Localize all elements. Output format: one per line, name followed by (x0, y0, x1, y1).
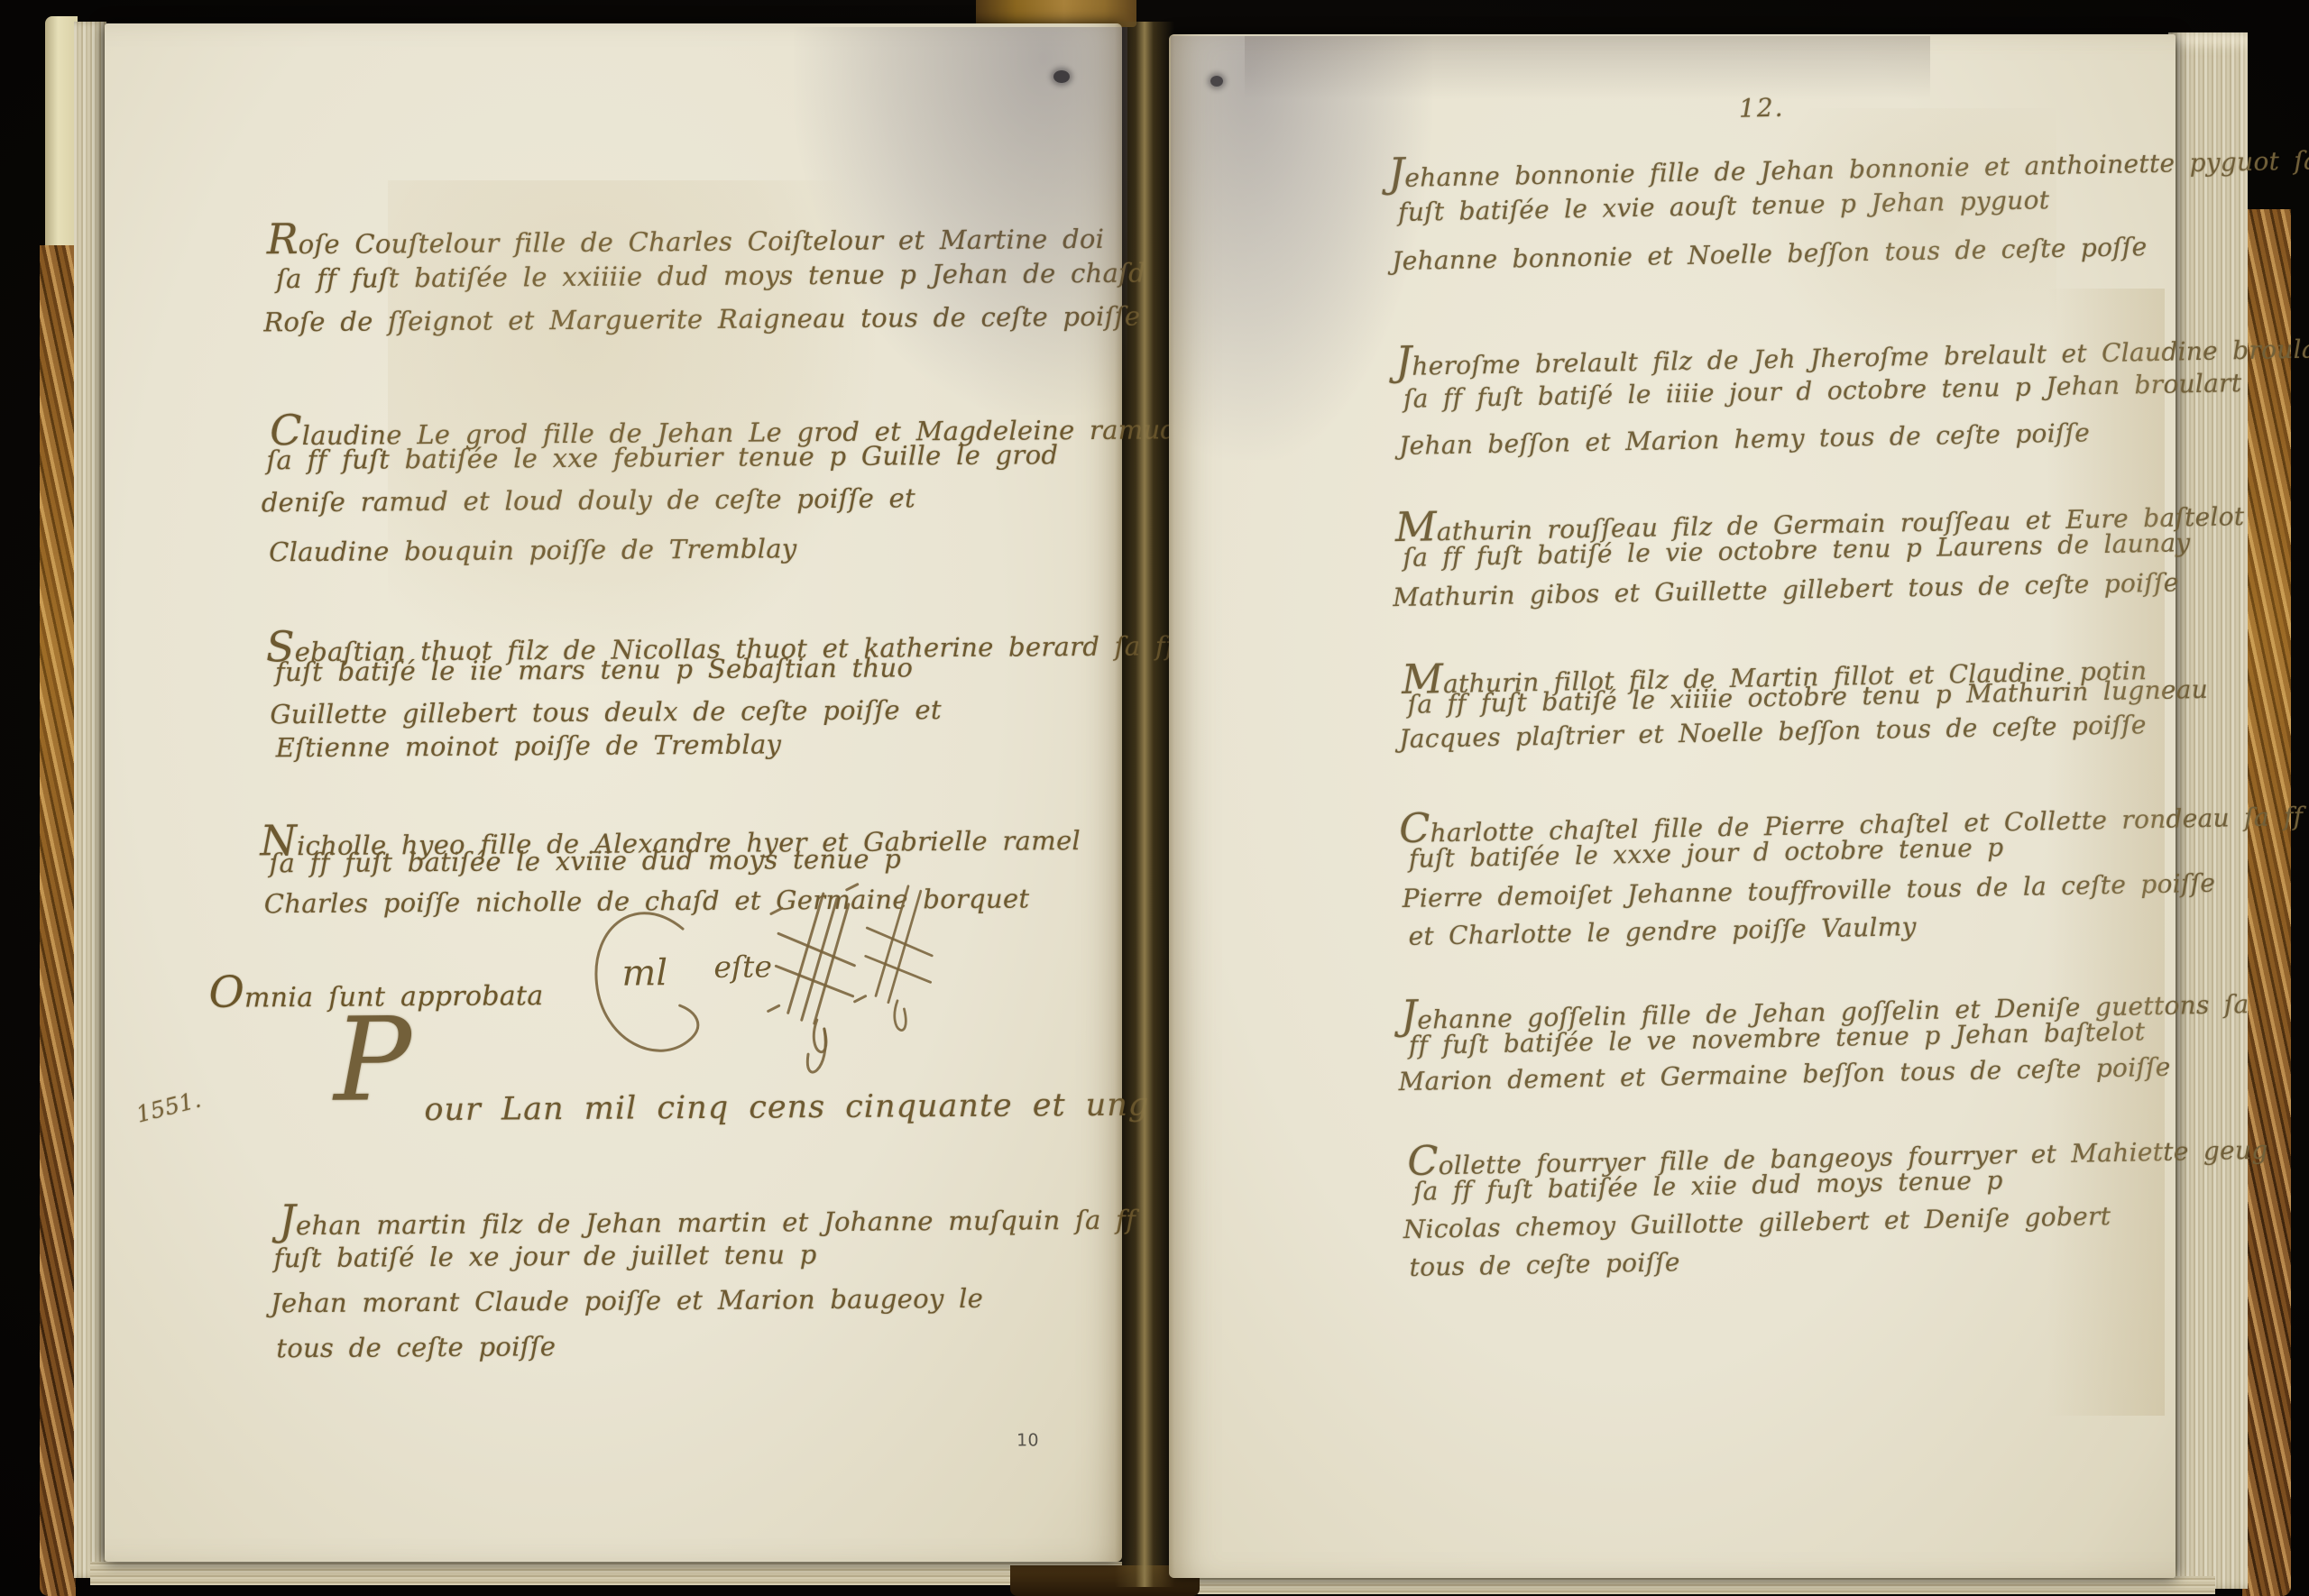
left-cover-vellum-edge (45, 16, 78, 258)
baptism-entry-line: Nicolas chemoy Guillotte gillebert et De… (1403, 1201, 2111, 1244)
paraph-word: eſte (713, 949, 772, 984)
baptism-entry-line: ſa ff fuſt batiſée le xviiie dud moys te… (269, 843, 901, 878)
baptism-entry-line: deniſe ramud et loud douly de ceſte poiſ… (262, 482, 916, 518)
left-page-text: Roſe Couſtelour fille de Charles Coiſtel… (99, 18, 1127, 1564)
notarial-paraph-flourish: ml eſte (578, 875, 977, 1103)
baptism-entry-line: Marion dement et Germaine beſſon tous de… (1398, 1052, 2171, 1096)
baptism-entry: Mathurin rouſſeau filz de Germain rouſſe… (1151, 15, 2157, 34)
year-heading: P our Lan mil cinq cens cinquante et ung (99, 18, 1117, 25)
baptism-entry-line: fuſt batiſé le xe jour de juillet tenu p (273, 1239, 816, 1273)
paraph-crosshatch-a (768, 885, 866, 1073)
baptism-entry-line: tous de ceſte poiſſe (1409, 1247, 1680, 1282)
baptism-entry: Mathurin fillot filz de Martin fillot et… (1151, 15, 2157, 34)
baptism-entry-line: tous de ceſte poiſſe (276, 1331, 556, 1363)
baptism-entry-line: Roſe de ſſeignot et Marguerite Raigneau … (263, 301, 1140, 338)
baptism-entry: Jehanne bonnonie fille de Jehan bonnonie… (1151, 15, 2157, 34)
right-marbled-cover-edge (2242, 209, 2291, 1596)
book-gutter-shadow (1115, 22, 1174, 1587)
left-bottom-page-edge (90, 1562, 1122, 1585)
page-number: 12. (1739, 93, 1785, 124)
baptism-entry-line: Roſe Couſtelour fille de Charles Coiſtel… (267, 209, 1105, 263)
baptism-entry-line: Jehanne bonnonie fille de Jehan bonnonie… (1388, 131, 2309, 197)
baptism-entry-line: et Charlotte le gendre poiſſe Vaulmy (1408, 912, 1917, 951)
baptism-entry: Collette fourryer fille de bangeoys four… (1151, 15, 2157, 34)
manuscript-photo: Roſe Couſtelour fille de Charles Coiſtel… (0, 0, 2309, 1596)
baptism-entry: Roſe Couſtelour fille de Charles Coiſtel… (99, 18, 1117, 25)
baptism-entry-line: fuſt batiſé le iie mars tenu p Sebaſtian… (275, 652, 913, 687)
baptism-entry: Nicholle hyeo fille de Alexandre hyer et… (99, 18, 1117, 25)
baptism-entry-line: ſa ff fuſt batiſée le xxiiiie dud moys t… (276, 258, 1145, 295)
baptism-entry-line: Pierre demoiſet Jehanne touffroville tou… (1402, 868, 2215, 913)
baptism-entry-line: Jehanne bonnonie et Noelle beſſon tous d… (1392, 232, 2148, 276)
baptism-entry-line: Guillette gillebert tous deulx de ceſte … (270, 694, 942, 729)
folio-pencil-mark: 10 (1017, 1430, 1039, 1450)
baptism-entry-line: Jehan morant Claude poiſſe et Marion bau… (271, 1283, 983, 1319)
baptism-entry: Jehanne goſſelin fille de Jehan goſſelin… (1151, 15, 2157, 34)
baptism-entry-line: Jehan martin filz de Jehan martin et Joh… (279, 1190, 1136, 1245)
right-page-text: 12. Jehanne bonnonie fille de Jehan bonn… (1151, 15, 2187, 1578)
baptism-entry-line: Claudine bouquin poiſſe de Tremblay (269, 533, 797, 567)
baptism-entry: Jheroſme brelault filz de Jeh Jheroſme b… (1151, 15, 2157, 34)
paraph-crosshatch-b (865, 886, 933, 1031)
baptism-entry: Charlotte chaſtel fille de Pierre chaſte… (1151, 15, 2157, 34)
baptism-entry: Claudine Le grod fille de Jehan Le grod … (99, 18, 1117, 25)
baptism-entry-line: Eſtienne moinot poiſſe de Tremblay (276, 729, 782, 763)
baptism-entry-line: ſa ff fuſt batiſée le xxe feburier tenue… (266, 439, 1058, 475)
left-marbled-cover-edge (40, 245, 76, 1596)
margin-year-note: 1551. (133, 1086, 204, 1127)
left-page: Roſe Couſtelour fille de Charles Coiſtel… (105, 23, 1122, 1562)
year-heading-text: our Lan mil cinq cens cinquante et ung (424, 1087, 1149, 1128)
baptism-entry-line: Jehan beſſon et Marion hemy tous de ceſt… (1399, 417, 2091, 461)
baptism-entry: Sebaſtian thuot filz de Nicollas thuot e… (99, 18, 1117, 25)
year-heading-initial: P (334, 1014, 412, 1107)
baptism-entry: Jehan martin filz de Jehan martin et Joh… (99, 18, 1117, 25)
paraph-circle-text: ml (621, 952, 667, 994)
baptism-entry-line: Mathurin gibos et Guillette gillebert to… (1393, 567, 2179, 612)
right-bottom-page-edge (1173, 1576, 2215, 1594)
right-page: 12. Jehanne bonnonie fille de Jehan bonn… (1169, 34, 2176, 1578)
